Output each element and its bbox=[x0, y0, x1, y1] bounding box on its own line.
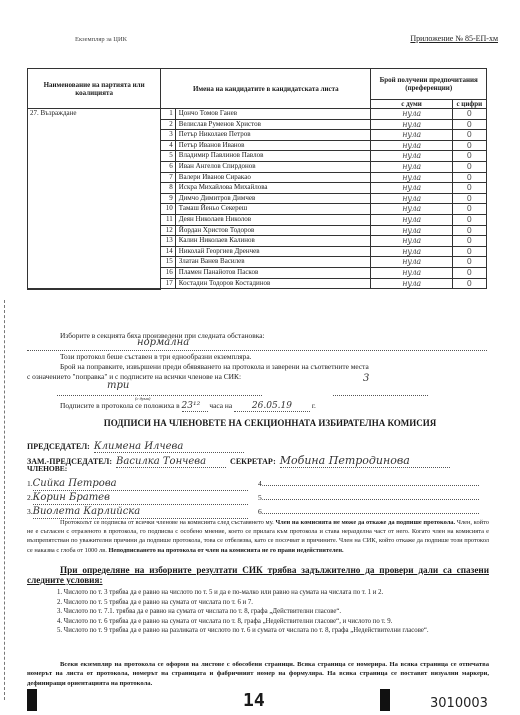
candidate-name: Димчо Димитров Димчев bbox=[175, 193, 371, 204]
corrections-text-1: Брой на поправките, извършени преди обяв… bbox=[60, 362, 369, 372]
corrections-words-value: три bbox=[107, 380, 129, 391]
legal-text-start: Протоколът се подписва от всички членове… bbox=[60, 519, 275, 526]
preferences-in-digits: 0 bbox=[452, 183, 486, 194]
candidate-number: 5 bbox=[161, 151, 176, 162]
header-preferences: Брой получени предпочитания (преференции… bbox=[371, 69, 487, 100]
header-in-words: с думи bbox=[371, 100, 452, 109]
condition-item: 5. Числото по т. 9 трябва да е равно на … bbox=[57, 626, 489, 636]
copy-label: Екземпляр за ЦИК bbox=[75, 36, 127, 43]
candidate-name: Велислав Руменов Христов bbox=[175, 119, 371, 130]
preferences-in-digits: 0 bbox=[452, 225, 486, 236]
candidate-name: Владимир Павлинов Павлов bbox=[175, 151, 371, 162]
member-signature bbox=[264, 473, 479, 486]
member-row: 6. bbox=[258, 501, 488, 519]
secretary-label: СЕКРЕТАР: bbox=[230, 457, 276, 466]
preferences-in-digits: 0 bbox=[452, 278, 486, 289]
preferences-in-words: нула bbox=[371, 267, 452, 278]
signed-time: 23¹² bbox=[182, 401, 208, 412]
preferences-in-digits: 0 bbox=[452, 257, 486, 268]
candidate-number: 7 bbox=[161, 172, 176, 183]
candidate-name: Златан Ванев Василев bbox=[175, 257, 371, 268]
condition-item: 1. Числото по т. 3 трябва да е равно на … bbox=[57, 588, 489, 598]
candidate-name: Петър Николаев Петров bbox=[175, 130, 371, 141]
candidate-name: Деян Николаев Николов bbox=[175, 214, 371, 225]
candidate-name: Тамаш Йеньо Секереш bbox=[175, 204, 371, 215]
preferences-in-words: нула bbox=[371, 278, 452, 289]
candidate-number: 11 bbox=[161, 214, 176, 225]
candidate-name: Калин Николаев Калинов bbox=[175, 236, 371, 247]
legal-text-bold-end: Неподписването на протокола от член на к… bbox=[108, 547, 343, 554]
preferences-in-words: нула bbox=[371, 246, 452, 257]
preferences-in-digits: 0 bbox=[452, 267, 486, 278]
copies-text: Този протокол беше съставен в три еднооб… bbox=[60, 352, 251, 362]
preferences-in-words: нула bbox=[371, 109, 452, 120]
preferences-in-digits: 0 bbox=[452, 151, 486, 162]
candidate-number: 1 bbox=[161, 109, 176, 120]
serial-number: 3010003 bbox=[430, 696, 488, 711]
signed-date: 26.05.19 bbox=[234, 401, 310, 412]
circumstances-value: нормална bbox=[137, 337, 189, 348]
member-row: 3.Виолета Карлийска bbox=[27, 501, 257, 519]
preferences-in-digits: 0 bbox=[452, 193, 486, 204]
preferences-in-words: нула bbox=[371, 214, 452, 225]
table-row: 27. Възраждане1Цончо Томов Ганевнула0 bbox=[28, 109, 487, 120]
preferences-in-words: нула bbox=[371, 204, 452, 215]
preferences-in-digits: 0 bbox=[452, 130, 486, 141]
corrections-digits-value: 3 bbox=[363, 373, 369, 384]
candidate-name: Костадин Тодоров Костадинов bbox=[175, 278, 371, 289]
preferences-in-digits: 0 bbox=[452, 119, 486, 130]
members-label: ЧЛЕНОВЕ: bbox=[27, 464, 67, 473]
preferences-in-words: нула bbox=[371, 183, 452, 194]
signed-line: Подписите в протокола се положиха в 23¹²… bbox=[60, 401, 316, 412]
candidate-number: 13 bbox=[161, 236, 176, 247]
conditions-heading: При определяне на изборните резултати СИ… bbox=[27, 565, 489, 585]
candidate-name: Иван Ангелов Спирдонов bbox=[175, 161, 371, 172]
chair-label: ПРЕДСЕДАТЕЛ: bbox=[27, 442, 90, 451]
candidate-name: Цончо Томов Ганев bbox=[175, 109, 371, 120]
preferences-in-words: нула bbox=[371, 257, 452, 268]
header-party: Наименование на партията или коалицията bbox=[28, 69, 161, 109]
candidate-name: Йордан Христов Тодоров bbox=[175, 225, 371, 236]
party-name: 27. Възраждане bbox=[28, 109, 161, 289]
candidate-name: Валери Иванов Сиракао bbox=[175, 172, 371, 183]
candidate-number: 3 bbox=[161, 130, 176, 141]
preferences-in-digits: 0 bbox=[452, 246, 486, 257]
header-in-digits: с цифри bbox=[452, 100, 486, 109]
preferences-in-words: нула bbox=[371, 130, 452, 141]
signed-suffix: г. bbox=[312, 401, 316, 410]
preferences-in-words: нула bbox=[371, 193, 452, 204]
preferences-in-words: нула bbox=[371, 225, 452, 236]
preferences-in-digits: 0 bbox=[452, 161, 486, 172]
secretary-signature: Мобина Петродинова bbox=[280, 454, 450, 468]
candidate-number: 2 bbox=[161, 119, 176, 130]
orientation-marker-right bbox=[380, 689, 390, 711]
candidate-name: Петър Иванов Иванов bbox=[175, 140, 371, 151]
condition-item: 4. Числото по т. 6 трябва да е равно на … bbox=[57, 617, 489, 627]
candidate-number: 10 bbox=[161, 204, 176, 215]
preferences-in-words: нула bbox=[371, 151, 452, 162]
header-candidates: Имена на кандидатите в кандидатската лис… bbox=[161, 69, 371, 109]
preferences-in-words: нула bbox=[371, 119, 452, 130]
corrections-digits-field: 3 bbox=[333, 385, 428, 396]
legal-paragraph: Протоколът се подписва от всички членове… bbox=[27, 518, 489, 555]
candidate-number: 9 bbox=[161, 193, 176, 204]
candidate-name: Искра Михайлова Михайлова bbox=[175, 183, 371, 194]
signed-hours-label: часа на bbox=[209, 401, 232, 410]
preferences-in-words: нула bbox=[371, 172, 452, 183]
candidate-number: 16 bbox=[161, 267, 176, 278]
orientation-marker-left bbox=[27, 689, 37, 711]
circumstances-field: нормална bbox=[27, 340, 487, 351]
preferences-in-digits: 0 bbox=[452, 172, 486, 183]
candidate-name: Пламен Панайотов Пасков bbox=[175, 267, 371, 278]
footer-note: Всеки екземпляр на протокола се оформя н… bbox=[27, 660, 489, 688]
candidate-number: 6 bbox=[161, 161, 176, 172]
candidates-table: Наименование на партията или коалицията … bbox=[27, 68, 487, 290]
candidate-number: 8 bbox=[161, 183, 176, 194]
preferences-in-digits: 0 bbox=[452, 214, 486, 225]
deputy-signature: Василка Тончева bbox=[116, 456, 226, 468]
member-signature bbox=[264, 501, 479, 514]
candidate-number: 17 bbox=[161, 278, 176, 289]
preferences-in-digits: 0 bbox=[452, 140, 486, 151]
candidate-number: 14 bbox=[161, 246, 176, 257]
corrections-words-field: три bbox=[57, 385, 262, 396]
legal-text-bold: Член на комисията не може да откаже да п… bbox=[275, 519, 455, 526]
candidate-number: 12 bbox=[161, 225, 176, 236]
preferences-in-words: нула bbox=[371, 161, 452, 172]
candidate-number: 4 bbox=[161, 140, 176, 151]
page-number: 14 bbox=[243, 690, 265, 711]
preferences-in-digits: 0 bbox=[452, 204, 486, 215]
condition-item: 3. Числото по т. 7.1. трябва да е равно … bbox=[57, 607, 489, 617]
candidate-number: 15 bbox=[161, 257, 176, 268]
member-signature bbox=[264, 487, 479, 500]
conditions-list: 1. Числото по т. 3 трябва да е равно на … bbox=[57, 588, 489, 636]
corrections-text-2: с означението "поправка" и с подписите н… bbox=[27, 372, 241, 382]
candidate-name: Николай Георгиев Дренчев bbox=[175, 246, 371, 257]
preferences-in-digits: 0 bbox=[452, 236, 486, 247]
signed-prefix: Подписите в протокола се положиха в bbox=[60, 401, 180, 410]
preferences-in-words: нула bbox=[371, 236, 452, 247]
deputy-row: ЗАМ.-ПРЕДСЕДАТЕЛ: Василка Тончева СЕКРЕТ… bbox=[27, 451, 497, 469]
appendix-number: Приложение № 85-ЕП-хм bbox=[410, 34, 498, 43]
preferences-in-words: нула bbox=[371, 140, 452, 151]
condition-item: 2. Числото по т. 5 трябва да е равно на … bbox=[57, 598, 489, 608]
perforation-margin-line bbox=[4, 300, 5, 700]
preferences-in-digits: 0 bbox=[452, 109, 486, 120]
signatures-title: ПОДПИСИ НА ЧЛЕНОВЕТЕ НА СЕКЦИОННАТА ИЗБИ… bbox=[60, 418, 480, 428]
